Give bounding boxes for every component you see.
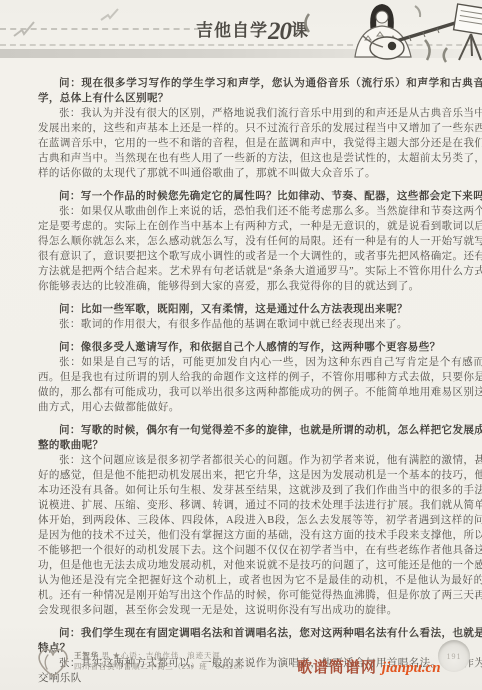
page-number-badge: 191 xyxy=(438,640,470,672)
answer-5: 张：这个问题应该是很多初学者都很关心的问题。作为初学者来说，他有满腔的激情，甚至… xyxy=(38,453,482,618)
site-name: 歌谱简谱网 xyxy=(297,660,377,676)
page-header: 吉他自学20课 xyxy=(0,0,482,64)
site-credit: 歌谱简谱网 jianpu.cn xyxy=(297,656,441,677)
owner-motto: ★心语：吉他作伴，浪迹天涯 xyxy=(113,651,221,660)
page-footer: 王智华 男 ★心语：吉他作伴，浪迹天涯 四川省自贡市富顺二中高三（23）班 64… xyxy=(0,642,482,690)
answer-3: 张：歌词的作用很大，有很多作品他的基调在歌词中就已经表现出来了。 xyxy=(38,317,482,332)
owner-line-1: 王智华 男 ★心语：吉他作伴，浪迹天涯 xyxy=(74,650,243,661)
question-1: 问：现在很多学习写作的学生学习和声学，您认为通俗音乐（流行乐）和声学和古典音乐和… xyxy=(38,76,482,106)
answer-1: 张：我认为并没有很大的区别，严格地说我们流行音乐中用到的和声还是从古典音乐当中的… xyxy=(38,106,482,181)
page-title: 吉他自学20课 xyxy=(196,16,309,46)
question-3: 问：比如一些军歌，既阳刚，又有柔情，这是通过什么方法表现出来呢？ xyxy=(38,302,482,317)
bird-doodles-icon xyxy=(6,6,186,46)
title-prefix: 吉他自学 xyxy=(196,21,268,40)
owner-address: 四川省自贡市富顺二中高三（23）班 643200 xyxy=(74,661,243,672)
book-page: 吉他自学20课 xyxy=(0,0,482,690)
site-url: jianpu.cn xyxy=(382,660,441,676)
question-2: 问：写一个作品的时候您先确定它的属性吗？比如律动、节奏、配器，这些都会定下来吗？ xyxy=(38,189,482,204)
question-5: 问：写歌的时候，偶尔有一句觉得差不多的旋律，也就是所谓的动机，怎么样把它发展成一… xyxy=(38,423,482,453)
owner-gender: 男 xyxy=(102,651,110,660)
heart-logo-icon xyxy=(34,646,72,680)
owner-stamp: 王智华 男 ★心语：吉他作伴，浪迹天涯 四川省自贡市富顺二中高三（23）班 64… xyxy=(74,650,243,672)
page-number: 191 xyxy=(447,652,462,661)
title-number: 20 xyxy=(268,18,291,45)
owner-name: 王智华 xyxy=(74,651,99,660)
answer-4: 张：如果是自己写的话，可能更加发自内心一些，因为这种东西自己写肯定是个有感而发的… xyxy=(38,355,482,415)
question-4: 问：像很多受人邀请写作，和依据自己个人感情的写作，这两种哪个更容易些？ xyxy=(38,340,482,355)
interview-text: 问：现在很多学习写作的学生学习和声学，您认为通俗音乐（流行乐）和声学和古典音乐和… xyxy=(38,76,482,690)
guitarist-illustration xyxy=(297,0,482,64)
answer-2: 张：如果仅从歌曲创作上来说的话，恐怕我们还不能考虑那么多。当然旋律和节奏这两个因… xyxy=(38,204,482,294)
